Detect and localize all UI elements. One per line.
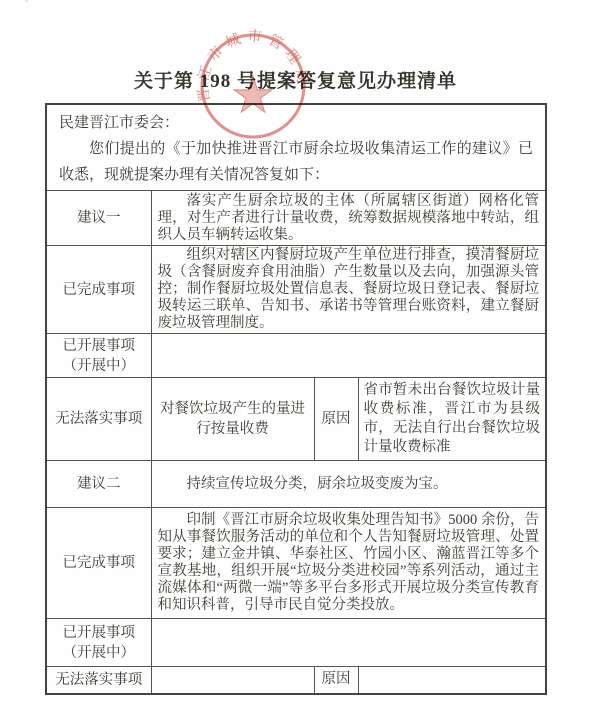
row-label-completed-1: 已完成事项: [46, 246, 151, 334]
row-content: 持续宣传垃圾分类，厨余垃圾变废为宝。: [151, 461, 546, 508]
unfeasible-item-cell-empty: [151, 667, 314, 694]
row-label-inprogress-1: 已开展事项（开展中）: [46, 334, 151, 378]
table-row: 已完成事项 组织对辖区内餐厨垃圾产生单位进行排查，摸清餐厨垃圾（含餐厨废弃食用油…: [46, 246, 546, 334]
reason-label-cell: 原因: [314, 378, 358, 461]
intro-paragraph: 您们提出的《于加快推进晋江市厨余垃圾收集清运工作的建议》已收悉，现就提案办理有关…: [59, 136, 533, 188]
content-paragraph: 落实产生厨余垃圾的主体（所属辖区街道）网格化管理，对生产者进行计量收费，统筹数据…: [158, 193, 540, 244]
table-row: 建议二 持续宣传垃圾分类，厨余垃圾变废为宝。: [46, 461, 546, 508]
intro-cell: 民建晋江市委会： 您们提出的《于加快推进晋江市厨余垃圾收集清运工作的建议》已收悉…: [46, 104, 546, 191]
document-page: ʺ 关于第 198 号提案答复意见办理清单 晋江市城市管理局 民建晋江市委会： …: [0, 0, 591, 721]
table-row: 民建晋江市委会： 您们提出的《于加快推进晋江市厨余垃圾收集清运工作的建议》已收悉…: [46, 104, 546, 191]
row-content: 落实产生厨余垃圾的主体（所属辖区街道）网格化管理，对生产者进行计量收费，统筹数据…: [151, 191, 546, 246]
unfeasible-item-cell: 对餐饮垃圾产生的量进行按量收费: [151, 378, 314, 461]
table-row: 已完成事项 印制《晋江市厨余垃圾收集处理告知书》5000 余份，告知从事餐饮服务…: [46, 508, 546, 619]
row-label-unfeasible-1: 无法落实事项: [46, 378, 151, 461]
row-label-completed-2: 已完成事项: [46, 508, 151, 619]
reason-content-cell: 省市暂未出台餐饮垃圾计量收费标准，晋江市为县级市，无法自行出台餐饮垃圾计量收费标…: [358, 378, 546, 461]
content-paragraph: 持续宣传垃圾分类，厨余垃圾变废为宝。: [158, 476, 540, 493]
row-content: 印制《晋江市厨余垃圾收集处理告知书》5000 余份，告知从事餐饮服务活动的单位和…: [151, 508, 546, 619]
table-row: 已开展事项（开展中）: [46, 619, 546, 667]
reason-content-cell-empty: [358, 667, 546, 694]
table-row: 建议一 落实产生厨余垃圾的主体（所属辖区街道）网格化管理，对生产者进行计量收费，…: [46, 191, 546, 246]
table-row: 无法落实事项 对餐饮垃圾产生的量进行按量收费 原因 省市暂未出台餐饮垃圾计量收费…: [46, 378, 546, 461]
row-label-suggestion-1: 建议一: [46, 191, 151, 246]
row-content-empty: [151, 619, 546, 667]
content-paragraph: 印制《晋江市厨余垃圾收集处理告知书》5000 余份，告知从事餐饮服务活动的单位和…: [158, 512, 540, 614]
row-label-unfeasible-2: 无法落实事项: [46, 667, 151, 694]
content-paragraph: 组织对辖区内餐厨垃圾产生单位进行排查，摸清餐厨垃圾（含餐厨废弃食用油脂）产生数量…: [158, 247, 540, 332]
table-row: 已开展事项（开展中）: [46, 334, 546, 378]
row-content: 组织对辖区内餐厨垃圾产生单位进行排查，摸清餐厨垃圾（含餐厨废弃食用油脂）产生数量…: [151, 246, 546, 334]
row-content-empty: [151, 334, 546, 378]
corner-smudge: ʺ: [25, 0, 29, 8]
salutation: 民建晋江市委会：: [59, 110, 533, 136]
row-label-suggestion-2: 建议二: [46, 461, 151, 508]
page-title: 关于第 198 号提案答复意见办理清单: [0, 66, 591, 93]
proposal-handling-table: 民建晋江市委会： 您们提出的《于加快推进晋江市厨余垃圾收集清运工作的建议》已收悉…: [45, 103, 547, 695]
row-label-inprogress-2: 已开展事项（开展中）: [46, 619, 151, 667]
reason-label-cell: 原因: [314, 667, 358, 694]
table-row: 无法落实事项 原因: [46, 667, 546, 694]
